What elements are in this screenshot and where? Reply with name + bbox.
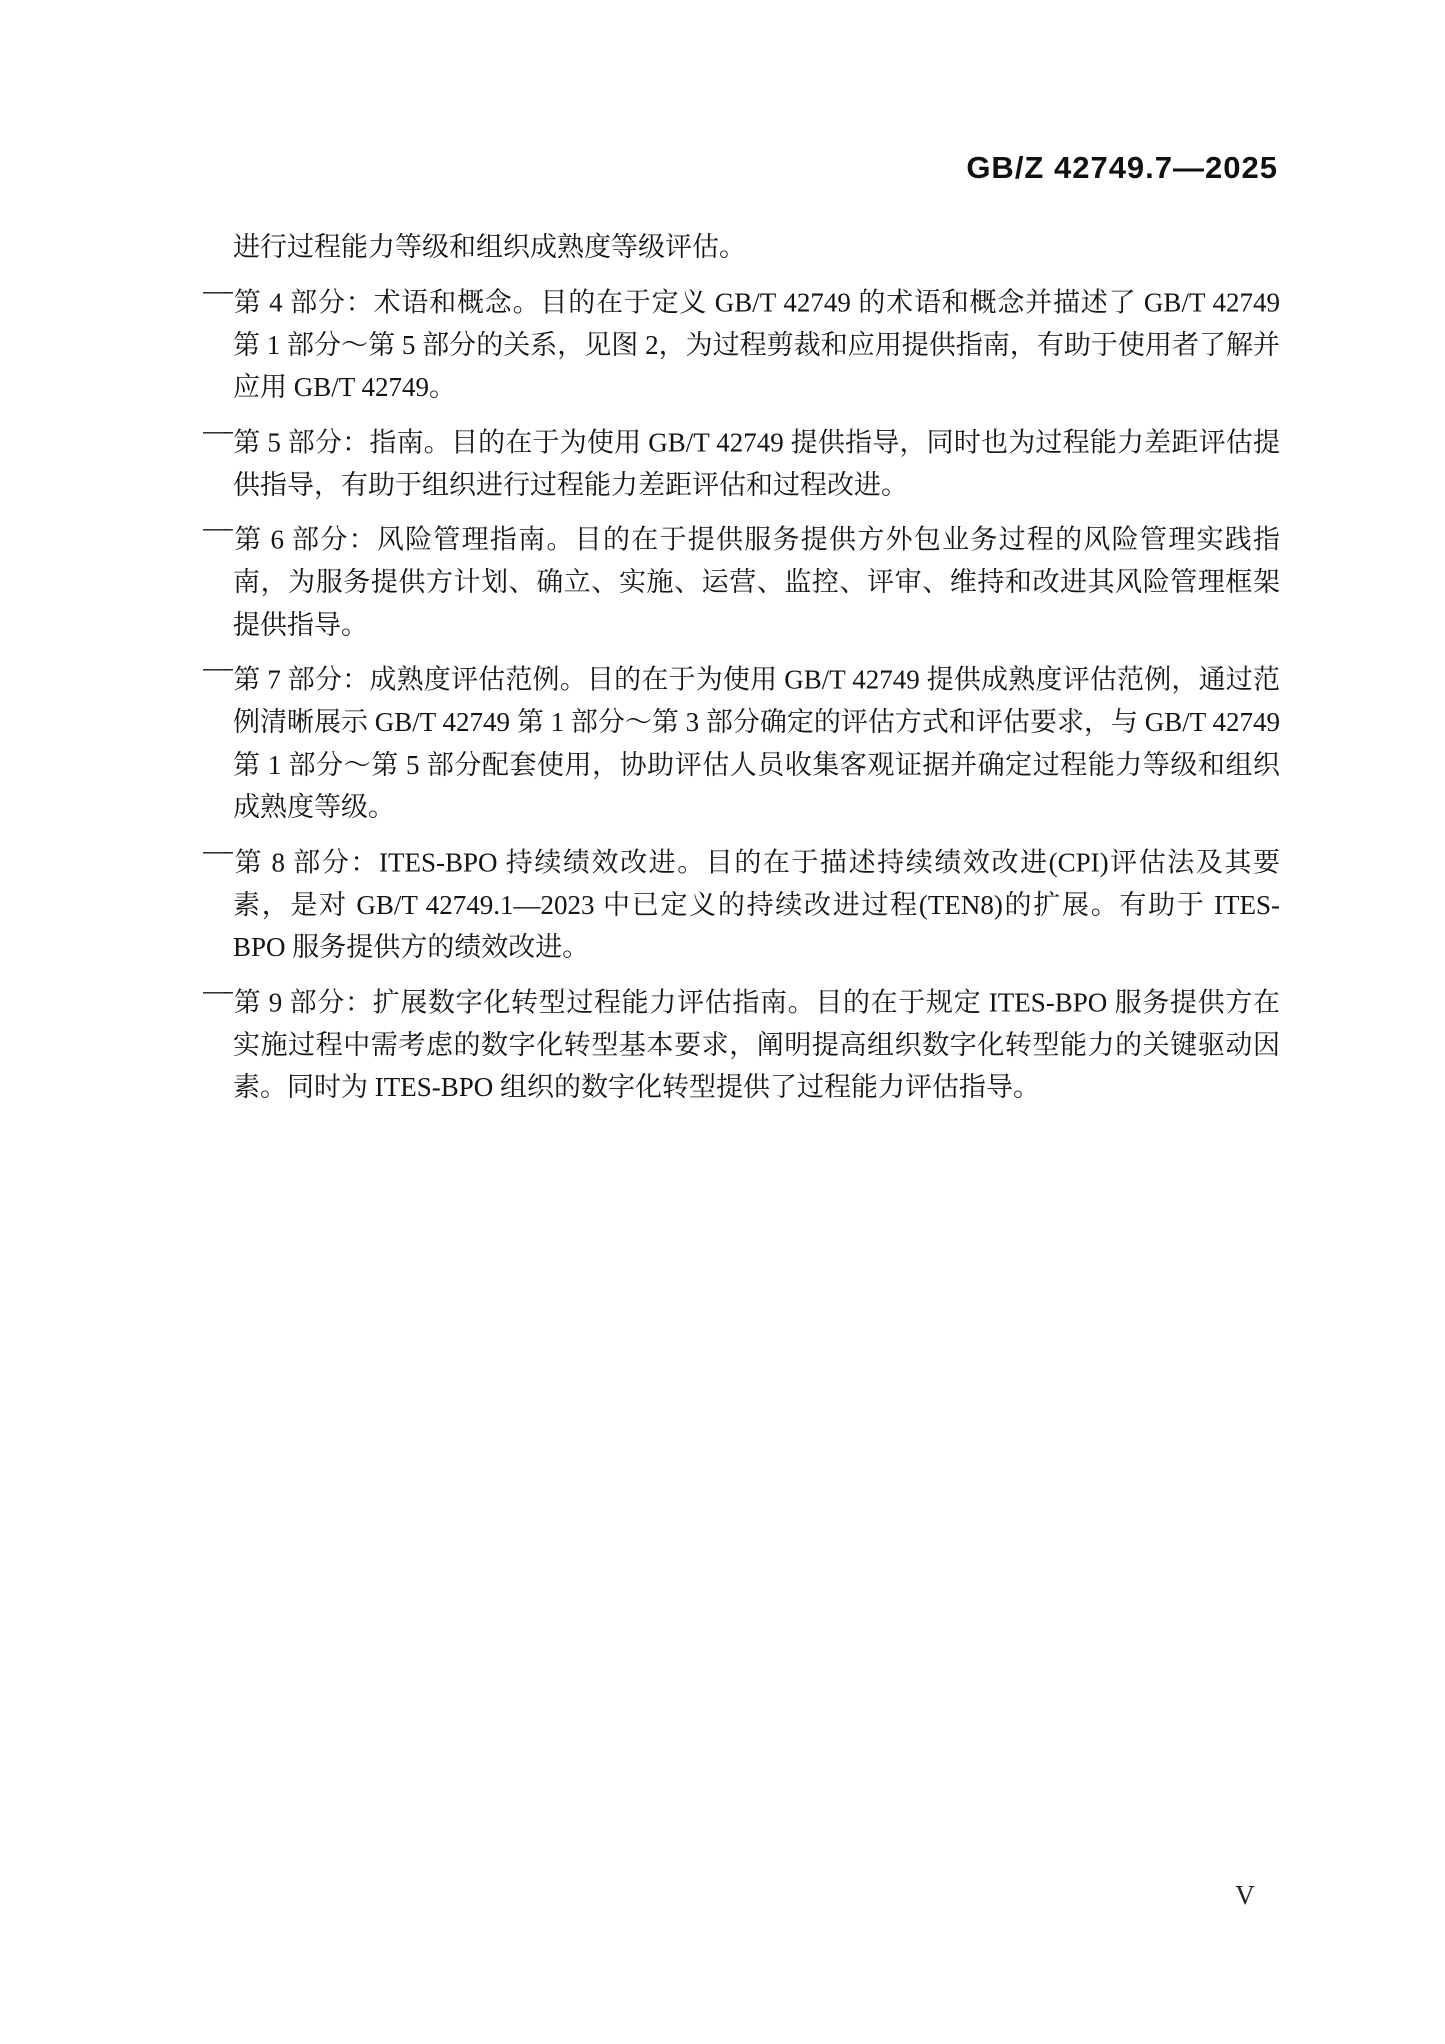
parts-list: ——第 4 部分：术语和概念。目的在于定义 GB/T 42749 的术语和概念并… — [203, 269, 1280, 1109]
item-dash: —— — [203, 829, 233, 872]
item-text: 第 7 部分：成熟度评估范例。目的在于为使用 GB/T 42749 提供成熟度评… — [233, 665, 1280, 823]
item-dash: —— — [203, 409, 233, 452]
item-text: 第 5 部分：指南。目的在于为使用 GB/T 42749 提供指导，同时也为过程… — [233, 427, 1280, 500]
list-item: ——第 7 部分：成熟度评估范例。目的在于为使用 GB/T 42749 提供成熟… — [203, 646, 1280, 829]
item-dash: —— — [203, 506, 233, 549]
list-item: ——第 4 部分：术语和概念。目的在于定义 GB/T 42749 的术语和概念并… — [203, 269, 1280, 409]
intro-continuation-line: 进行过程能力等级和组织成熟度等级评估。 — [203, 226, 1280, 269]
foreword-body: 进行过程能力等级和组织成熟度等级评估。 ——第 4 部分：术语和概念。目的在于定… — [203, 226, 1280, 1109]
item-text: 第 4 部分：术语和概念。目的在于定义 GB/T 42749 的术语和概念并描述… — [233, 287, 1280, 402]
item-dash: —— — [203, 646, 233, 689]
list-item: ——第 5 部分：指南。目的在于为使用 GB/T 42749 提供指导，同时也为… — [203, 409, 1280, 507]
item-text: 第 9 部分：扩展数字化转型过程能力评估指南。目的在于规定 ITES-BPO 服… — [233, 987, 1280, 1102]
list-item: ——第 9 部分：扩展数字化转型过程能力评估指南。目的在于规定 ITES-BPO… — [203, 969, 1280, 1109]
list-item: ——第 8 部分：ITES-BPO 持续绩效改进。目的在于描述持续绩效改进(CP… — [203, 829, 1280, 969]
item-text: 第 6 部分：风险管理指南。目的在于提供服务提供方外包业务过程的风险管理实践指南… — [233, 525, 1280, 640]
item-dash: —— — [203, 969, 233, 1012]
item-text: 第 8 部分：ITES-BPO 持续绩效改进。目的在于描述持续绩效改进(CPI)… — [233, 847, 1280, 962]
list-item: ——第 6 部分：风险管理指南。目的在于提供服务提供方外包业务过程的风险管理实践… — [203, 506, 1280, 646]
standard-code-header: GB/Z 42749.7—2025 — [0, 150, 1278, 186]
document-page: GB/Z 42749.7—2025 进行过程能力等级和组织成熟度等级评估。 ——… — [0, 0, 1445, 2044]
page-number: V — [1200, 1880, 1290, 1911]
item-dash: —— — [203, 269, 233, 312]
